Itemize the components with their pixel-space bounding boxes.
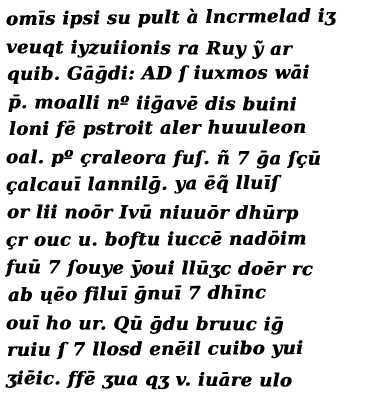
manuscript-line: quib. Gāḡdi: AD ſ iuxmos wāi	[7, 59, 365, 88]
manuscript-line: çalcauī lannilḡ. ya ēq̃ lluīſ	[6, 168, 364, 199]
manuscript-line: ʒiēic. ffē ʒua qʒ v. iuāre ulo	[6, 365, 364, 395]
manuscript-line: ab ųēo filuī ḡnuī 7 dhīnc	[8, 278, 366, 309]
manuscript-line: or lii noōr Ivū niuuōr dhūrp	[7, 199, 365, 228]
manuscript-line: loni fē pstroit aler huuuleon	[9, 114, 366, 144]
manuscript-page: omīs ipsi su pult à lncrmelad iʒ veuqt i…	[0, 0, 366, 395]
manuscript-line: çr ouc u. boftu iuccē nadōim	[6, 225, 364, 254]
manuscript-line: ruiu ſ 7 llosd enēil cuibo yui	[7, 335, 365, 365]
manuscript-text-block: omīs ipsi su pult à lncrmelad iʒ veuqt i…	[6, 6, 364, 392]
manuscript-line: omīs ipsi su pult à lncrmelad iʒ	[6, 2, 364, 33]
